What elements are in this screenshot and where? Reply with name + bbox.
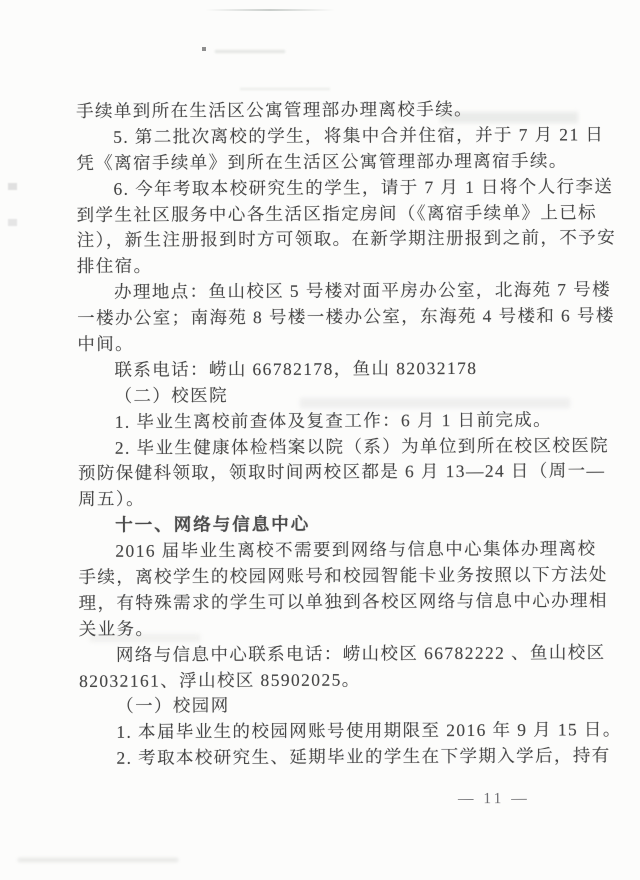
doc-line: 2016 届毕业生离校不需要到网络与信息中心集体办理离校 — [78, 536, 588, 565]
doc-line: （一）校园网 — [79, 692, 589, 721]
scan-smudge — [240, 88, 330, 90]
doc-line: 关业务。 — [79, 614, 589, 643]
doc-line: 2. 毕业生健康体检档案以院（系）为单位到所在校区校医院 — [78, 433, 588, 462]
doc-line: 手续，离校学生的校园网账号和校园智能卡业务按照以下方法处 — [78, 562, 588, 591]
doc-line: 网络与信息中心联系电话：崂山校区 66782222 、鱼山校区 — [79, 640, 589, 669]
doc-line: （二）校医院 — [77, 381, 587, 410]
scan-speck — [202, 47, 206, 51]
section-heading: 十一、网络与信息中心 — [78, 511, 588, 540]
doc-line: 82032161、浮山校区 85902025。 — [79, 666, 589, 695]
doc-line: 预防保健科领取，领取时间两校区都是 6 月 13—24 日（周一— — [78, 459, 588, 488]
doc-line: 中间。 — [77, 329, 587, 358]
scanned-document-page: 手续单到所在生活区公寓管理部办理离校手续。 5. 第二批次离校的学生，将集中合并… — [0, 0, 640, 880]
page-number: — 11 — — [458, 790, 568, 809]
scan-edge-mark — [8, 219, 17, 226]
doc-line: 联系电话：崂山 66782178，鱼山 82032178 — [77, 355, 587, 384]
doc-line: 到学生社区服务中心各生活区指定房间（《离宿手续单》上已标 — [77, 200, 587, 229]
doc-line: 6. 今年考取本校研究生的学生，请于 7 月 1 日将个人行李送 — [76, 174, 586, 203]
doc-line: 排住宿。 — [77, 252, 587, 281]
doc-line: 手续单到所在生活区公寓管理部办理离校手续。 — [76, 96, 586, 125]
scan-edge-mark — [8, 183, 17, 190]
scan-smudge — [18, 858, 178, 862]
doc-line: 办理地点：鱼山校区 5 号楼对面平房办公室，北海苑 7 号楼 — [77, 278, 587, 307]
doc-line: 1. 本届毕业生的校园网账号使用期限至 2016 年 9 月 15 日。 — [79, 718, 589, 747]
scan-smudge — [215, 50, 285, 53]
doc-line: 凭《离宿手续单》到所在生活区公寓管理部办理离宿手续。 — [76, 148, 586, 177]
doc-line: 一楼办公室；南海苑 8 号楼一楼办公室，东海苑 4 号楼和 6 号楼 — [77, 303, 587, 332]
scan-smudge — [205, 9, 335, 11]
doc-line: 2. 考取本校研究生、延期毕业的学生在下学期入学后，持有 — [79, 744, 589, 773]
doc-line: 1. 毕业生离校前查体及复查工作：6 月 1 日前完成。 — [78, 407, 588, 436]
doc-line: 注），新生注册报到时方可领取。在新学期注册报到之前，不予安 — [77, 226, 587, 255]
doc-line: 周五）。 — [78, 485, 588, 514]
doc-line: 理，有特殊需求的学生可以单独到各校区网络与信息中心办理相 — [79, 588, 589, 617]
doc-line: 5. 第二批次离校的学生，将集中合并住宿，并于 7 月 21 日 — [76, 122, 586, 151]
document-body: 手续单到所在生活区公寓管理部办理离校手续。 5. 第二批次离校的学生，将集中合并… — [76, 96, 590, 772]
